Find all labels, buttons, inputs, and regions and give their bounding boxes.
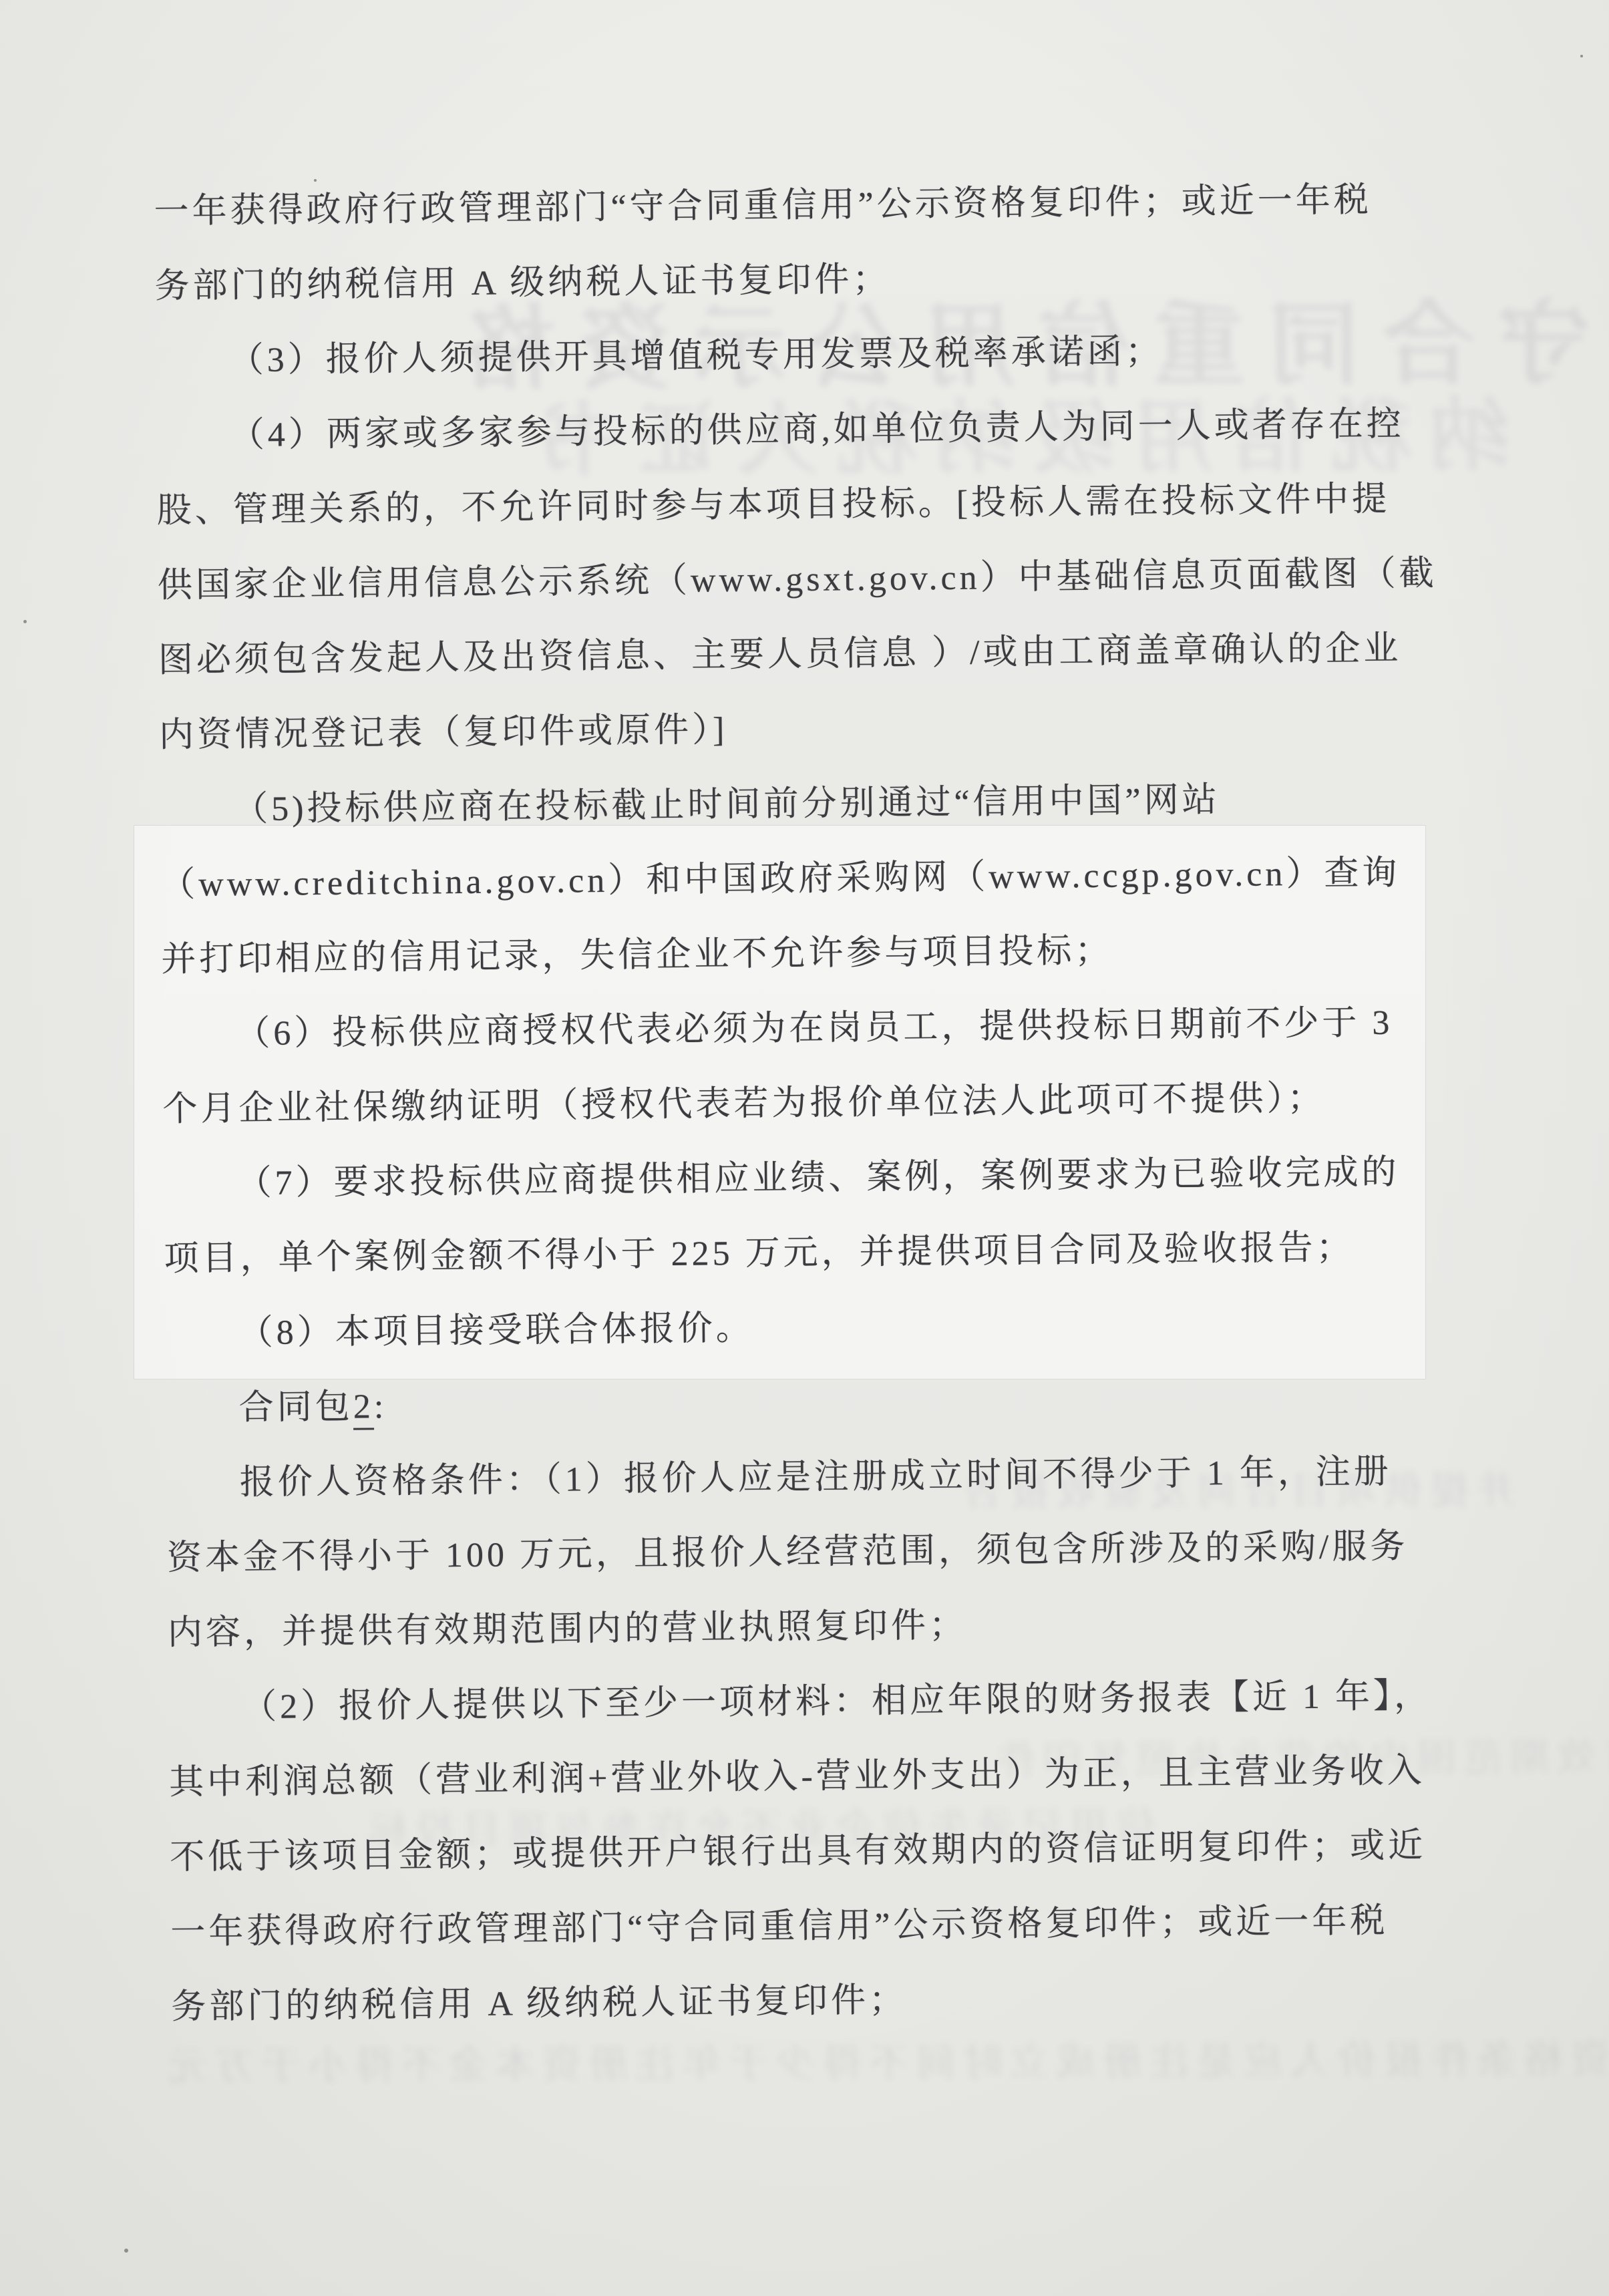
scan-speck: [124, 2249, 128, 2253]
scan-speck: [1580, 55, 1583, 57]
scan-speck: [23, 620, 27, 623]
scan-specks-layer: [0, 0, 1609, 2296]
scanned-document-page: 守合同重信用公示资格纳税信用级纳税人证书并提供项目合同及验收报告有效期范围内的营…: [0, 0, 1609, 2296]
scan-speck: [314, 179, 317, 182]
